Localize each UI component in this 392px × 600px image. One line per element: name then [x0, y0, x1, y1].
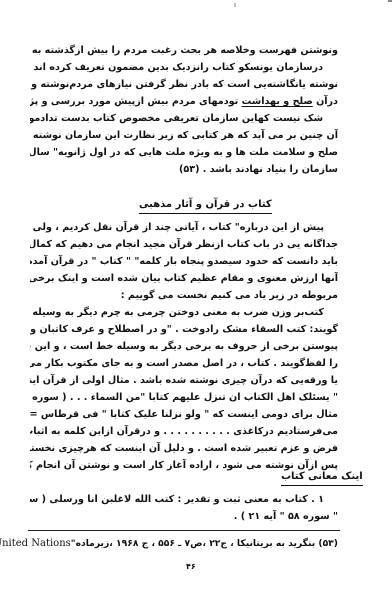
- paragraph-1-line-4-prefix: درآن: [316, 96, 338, 107]
- footnote-text-fa: (۵۳) بنگرید به بریتانیکا ، ج۲۲ ،ص۷ ـ ۵۵۶…: [71, 538, 338, 549]
- scan-speck: [234, 3, 236, 7]
- footnote-53: (۵۳) بنگرید به بریتانیکا ، ج۲۲ ،ص۷ ـ ۵۵۶…: [0, 536, 338, 552]
- section-heading-meanings-of-book: اینک معانی کتاب: [281, 469, 363, 486]
- document-page: ونوشتن فهرست وخلاصه هر بحث رغبت مردم را …: [0, 0, 392, 600]
- underlined-phrase-peace-health: صلح و بهداشت: [242, 96, 313, 107]
- paragraph-2-line-4: سازمان را بنیاد نهادند باشد . (۵۳): [30, 160, 338, 179]
- page-number: ۴۶: [186, 562, 196, 571]
- paragraph-1-line-4-rest: تودمهای مردم بیش ازپیش مورد بررسی و پژوه…: [30, 96, 238, 107]
- section-heading-quran-religious-works: کتاب در قرآن و آثار مذهبی: [139, 197, 272, 214]
- footnote-text-en: United Nations: [0, 538, 71, 549]
- footnote-separator: [28, 530, 340, 531]
- list-item-1-line-2: " سوره ۵۸ " آیه ۲۱ ) .: [30, 507, 338, 526]
- scan-speck: [388, 0, 392, 2]
